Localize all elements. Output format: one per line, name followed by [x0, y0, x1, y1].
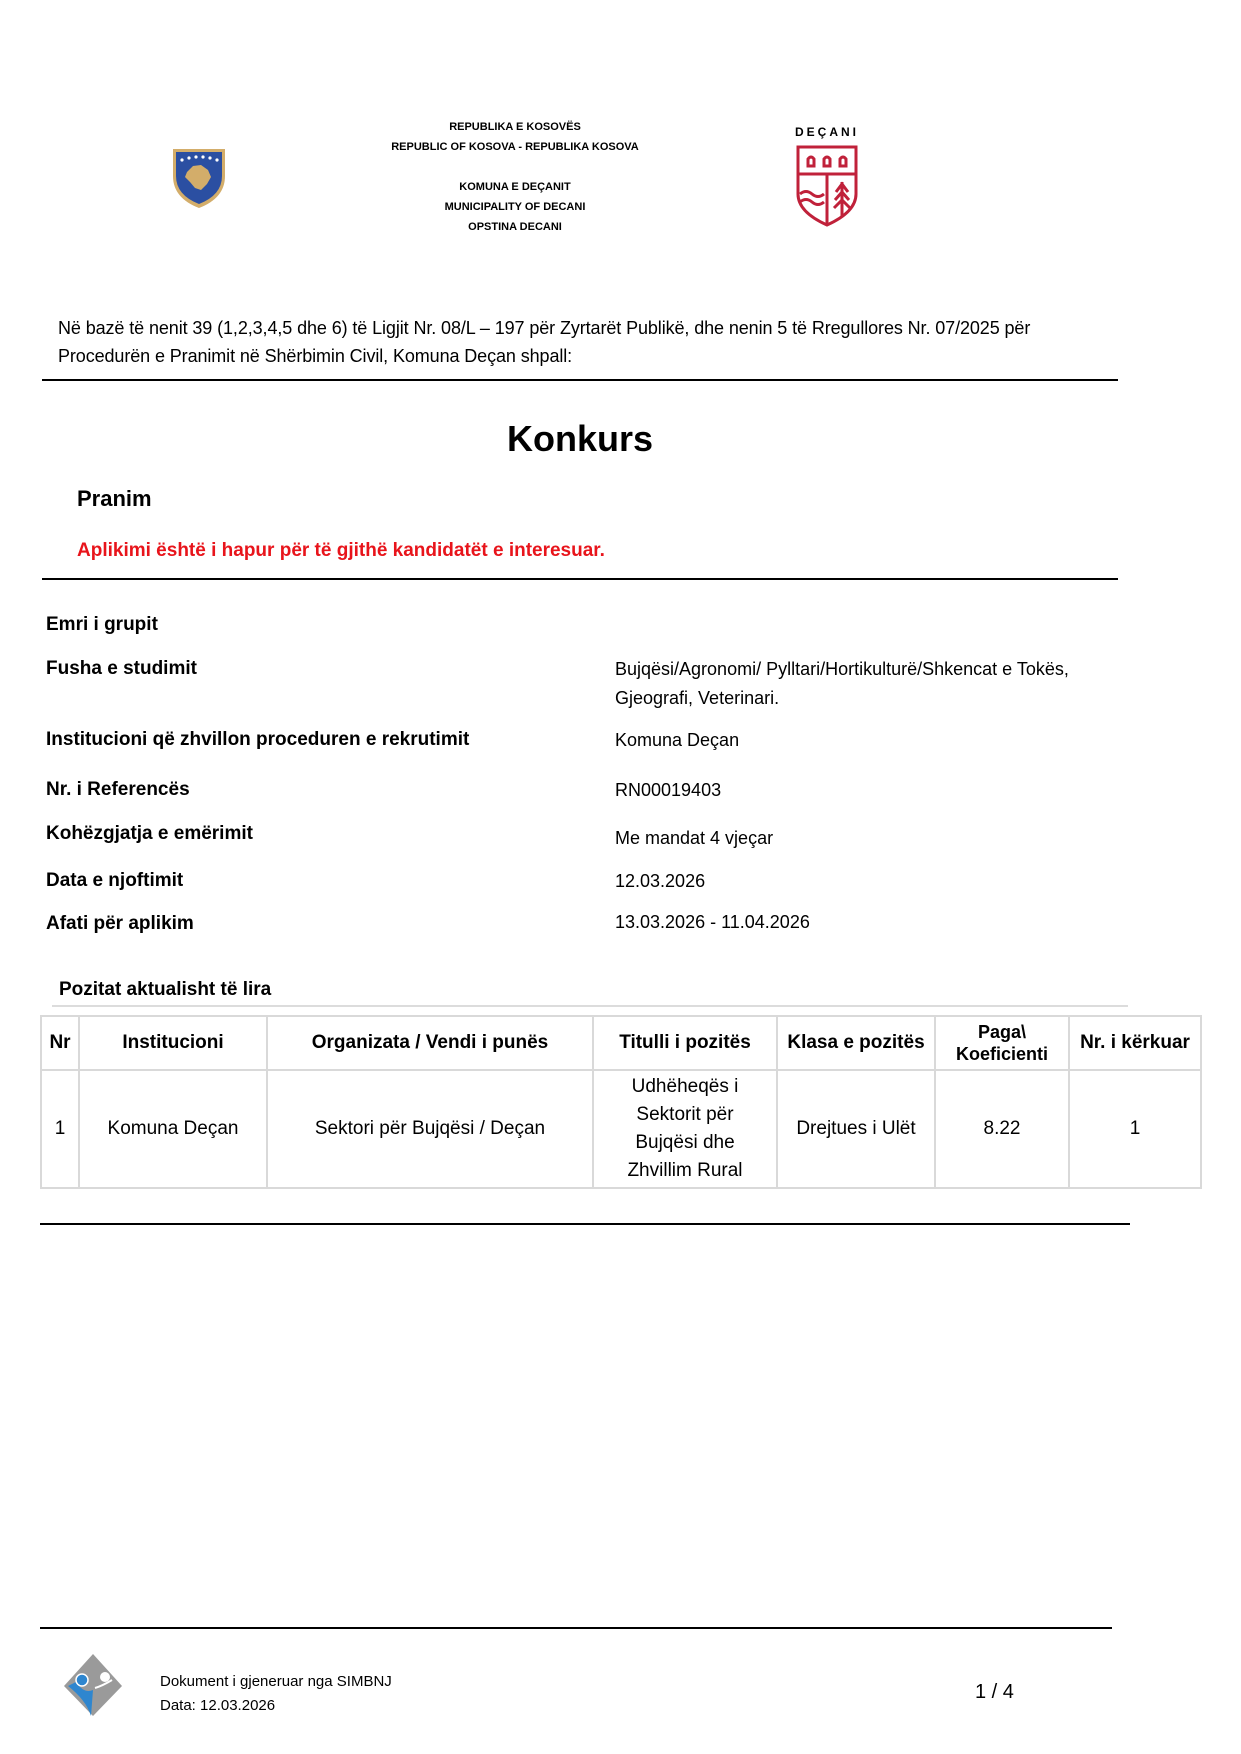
footer-date: Data: 12.03.2026 — [160, 1694, 392, 1718]
subtitle: Pranim — [77, 486, 152, 512]
field-label-institution: Institucioni që zhvillon proceduren e re… — [46, 729, 469, 751]
simbnj-logo-icon — [62, 1652, 124, 1722]
cell-pay: 8.22 — [935, 1070, 1069, 1188]
field-label-duration: Kohëzgjatja e emërimit — [46, 823, 253, 845]
notice-text: Aplikimi është i hapur për të gjithë kan… — [77, 540, 605, 562]
field-value-institution: Komuna Deçan — [615, 726, 1115, 755]
header-republic-block: REPUBLIKA E KOSOVËS REPUBLIC OF KOSOVA -… — [350, 117, 680, 157]
decani-shield-icon — [795, 144, 859, 232]
divider — [42, 379, 1118, 381]
field-value-reference: RN00019403 — [615, 776, 1115, 805]
divider — [42, 578, 1118, 580]
column-header-pay: Paga\ Koeficienti — [935, 1016, 1069, 1070]
header-line: OPSTINA DECANI — [350, 217, 680, 237]
header-municipality-block: KOMUNA E DEÇANIT MUNICIPALITY OF DECANI … — [350, 177, 680, 237]
cell-position-title: Udhëheqës i Sektorit për Bujqësi dhe Zhv… — [593, 1070, 777, 1188]
kosovo-coat-of-arms-icon — [170, 146, 228, 214]
positions-section-title: Pozitat aktualisht të lira — [59, 979, 271, 1001]
cell-position-class: Drejtues i Ulët — [777, 1070, 935, 1188]
positions-table: Nr Institucioni Organizata / Vendi i pun… — [40, 1015, 1202, 1189]
column-header-position-class: Klasa e pozitës — [777, 1016, 935, 1070]
field-label-deadline: Afati për aplikim — [46, 913, 194, 935]
footer-info: Dokument i gjeneruar nga SIMBNJ Data: 12… — [160, 1670, 392, 1718]
divider — [40, 1223, 1130, 1225]
field-value-notice-date: 12.03.2026 — [615, 867, 1115, 896]
column-header-position-title: Titulli i pozitës — [593, 1016, 777, 1070]
field-value-duration: Me mandat 4 vjeçar — [615, 824, 1115, 853]
page-title: Konkurs — [0, 418, 1160, 460]
cell-institution: Komuna Deçan — [79, 1070, 267, 1188]
cell-nr: 1 — [41, 1070, 79, 1188]
field-label-study-field: Fusha e studimit — [46, 658, 197, 680]
field-label-reference: Nr. i Referencës — [46, 779, 190, 801]
column-header-required-count: Nr. i kërkuar — [1069, 1016, 1201, 1070]
column-header-nr: Nr — [41, 1016, 79, 1070]
footer-divider — [40, 1627, 1112, 1629]
section-divider — [52, 1005, 1128, 1007]
header-line: REPUBLIC OF KOSOVA - REPUBLIKA KOSOVA — [350, 137, 680, 157]
field-value-deadline: 13.03.2026 - 11.04.2026 — [615, 908, 1115, 937]
cell-organization: Sektori për Bujqësi / Deçan — [267, 1070, 593, 1188]
header-line: REPUBLIKA E KOSOVËS — [350, 117, 680, 137]
footer-generated-by: Dokument i gjeneruar nga SIMBNJ — [160, 1670, 392, 1694]
column-header-organization: Organizata / Vendi i punës — [267, 1016, 593, 1070]
intro-paragraph: Në bazë të nenit 39 (1,2,3,4,5 dhe 6) të… — [58, 314, 1118, 370]
page-number: 1 / 4 — [975, 1681, 1014, 1704]
table-header-row: Nr Institucioni Organizata / Vendi i pun… — [41, 1016, 1201, 1070]
column-header-institution: Institucioni — [79, 1016, 267, 1070]
cell-required-count: 1 — [1069, 1070, 1201, 1188]
table-row: 1 Komuna Deçan Sektori për Bujqësi / Deç… — [41, 1070, 1201, 1188]
header-line: KOMUNA E DEÇANIT — [350, 177, 680, 197]
field-label-group-name: Emri i grupit — [46, 614, 158, 636]
field-label-notice-date: Data e njoftimit — [46, 870, 183, 892]
field-value-study-field: Bujqësi/Agronomi/ Pylltari/Hortikulturë/… — [615, 655, 1115, 713]
header-line: MUNICIPALITY OF DECANI — [350, 197, 680, 217]
decani-logo-label: DEÇANI — [790, 125, 864, 139]
